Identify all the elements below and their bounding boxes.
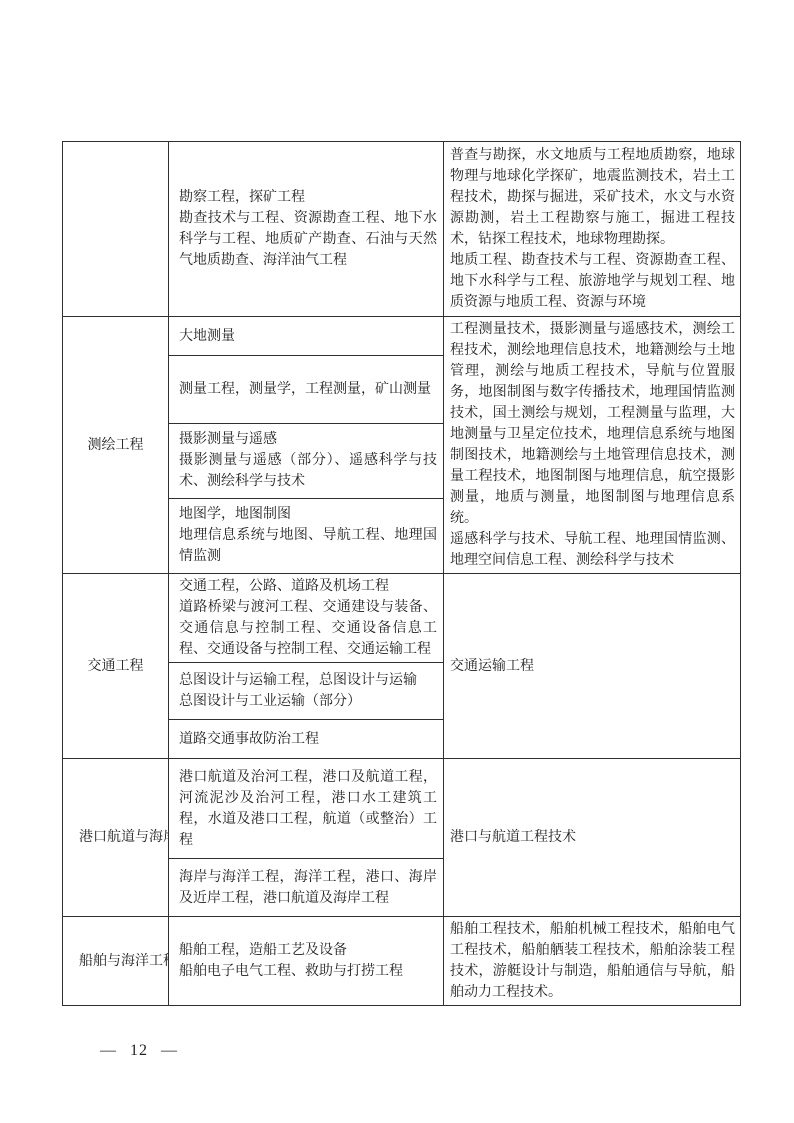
table-row-geology-continuation: 勘察工程，探矿工程 勘查技术与工程、资源勘查工程、地下水科学与工程、地质矿产勘查… — [63, 142, 741, 317]
specialty-text: 港口与航道工程技术 — [450, 827, 735, 848]
specialty-mapping-table: 勘察工程，探矿工程 勘查技术与工程、资源勘查工程、地下水科学与工程、地质矿产勘查… — [62, 141, 741, 1006]
specialty-text: 道路交通事故防治工程 — [179, 729, 437, 750]
specialty-text: 遥感科学与技术、导航工程、地理国情监测、地理空间信息工程、测绘科学与技术 — [450, 529, 735, 571]
table-row-transportation: 交通工程 交通工程，公路、道路及机场工程 道路桥梁与渡河工程、交通建设与装备、交… — [63, 574, 741, 663]
old-specialties-cell: 道路交通事故防治工程 — [169, 720, 444, 759]
category-label: 船舶与海洋工程 — [79, 951, 152, 972]
specialty-text: 港口航道及治河工程，港口及航道工程，河流泥沙及治河工程，港口水工建筑工程，水道及… — [179, 767, 437, 851]
related-specialties-cell: 普查与勘探，水文地质与工程地质勘察，地球物理与地球化学探矿，地震监测技术，岩土工… — [444, 142, 741, 317]
specialty-text: 勘查技术与工程、资源勘查工程、地下水科学与工程、地质矿产勘查、石油与天然气地质勘… — [179, 208, 437, 271]
category-label: 港口航道与海岸工程 — [79, 827, 152, 848]
category-cell-ship-ocean: 船舶与海洋工程 — [63, 917, 169, 1006]
old-specialties-cell: 勘察工程，探矿工程 勘查技术与工程、资源勘查工程、地下水科学与工程、地质矿产勘查… — [169, 142, 444, 317]
specialty-text: 总图设计与工业运输（部分） — [179, 691, 437, 712]
specialty-text: 地质工程、勘查技术与工程、资源勘查工程、地下水科学与工程、旅游地学与规划工程、地… — [450, 250, 735, 313]
category-label: 测绘工程 — [79, 435, 152, 456]
specialty-text: 大地测量 — [179, 326, 437, 347]
category-cell-port-waterway: 港口航道与海岸工程 — [63, 759, 169, 917]
specialty-text: 交通工程，公路、道路及机场工程 — [179, 576, 437, 597]
specialty-text: 普查与勘探，水文地质与工程地质勘察，地球物理与地球化学探矿，地震监测技术，岩土工… — [450, 145, 735, 250]
specialty-text: 摄影测量与遥感（部分）、遥感科学与技术、测绘科学与技术 — [179, 450, 437, 492]
specialty-text: 测量工程，测量学，工程测量，矿山测量 — [179, 379, 437, 400]
specialty-text: 地图学，地图制图 — [179, 504, 437, 525]
table-row-port-waterway: 港口航道与海岸工程 港口航道及治河工程，港口及航道工程，河流泥沙及治河工程，港口… — [63, 759, 741, 859]
specialty-text: 工程测量技术，摄影测量与遥感技术，测绘工程技术，测绘地理信息技术，地籍测绘与土地… — [450, 319, 735, 529]
page-number: — 12 — — [100, 1042, 178, 1060]
specialty-text: 船舶工程，造船工艺及设备 — [179, 940, 437, 961]
related-specialties-cell: 船舶工程技术，船舶机械工程技术，船舶电气工程技术，船舶舾装工程技术，船舶涂装工程… — [444, 917, 741, 1006]
specialty-text: 总图设计与运输工程，总图设计与运输 — [179, 670, 437, 691]
old-specialties-cell: 总图设计与运输工程，总图设计与运输 总图设计与工业运输（部分） — [169, 663, 444, 720]
specialty-text: 道路桥梁与渡河工程、交通建设与装备、交通信息与控制工程、交通设备信息工程、交通设… — [179, 597, 437, 660]
document-page: 勘察工程，探矿工程 勘查技术与工程、资源勘查工程、地下水科学与工程、地质矿产勘查… — [0, 0, 794, 1123]
old-specialties-cell: 港口航道及治河工程，港口及航道工程，河流泥沙及治河工程，港口水工建筑工程，水道及… — [169, 759, 444, 859]
specialty-text: 地理信息系统与地图、导航工程、地理国情监测 — [179, 525, 437, 567]
old-specialties-cell: 地图学，地图制图 地理信息系统与地图、导航工程、地理国情监测 — [169, 498, 444, 573]
specialty-text: 船舶工程技术，船舶机械工程技术，船舶电气工程技术，船舶舾装工程技术，船舶涂装工程… — [450, 919, 735, 1003]
specialty-text: 船舶电子电气工程、救助与打捞工程 — [179, 961, 437, 982]
old-specialties-cell: 交通工程，公路、道路及机场工程 道路桥梁与渡河工程、交通建设与装备、交通信息与控… — [169, 574, 444, 663]
table-row-ship-ocean: 船舶与海洋工程 船舶工程，造船工艺及设备 船舶电子电气工程、救助与打捞工程 船舶… — [63, 917, 741, 1006]
specialty-text: 海岸与海洋工程，海洋工程，港口、海岸及近岸工程，港口航道及海岸工程 — [179, 867, 437, 909]
specialty-text: 摄影测量与遥感 — [179, 429, 437, 450]
category-label: 交通工程 — [79, 656, 152, 677]
old-specialties-cell: 船舶工程，造船工艺及设备 船舶电子电气工程、救助与打捞工程 — [169, 917, 444, 1006]
specialty-text: 勘察工程，探矿工程 — [179, 187, 437, 208]
related-specialties-cell: 港口与航道工程技术 — [444, 759, 741, 917]
category-cell-empty — [63, 142, 169, 317]
related-specialties-cell: 交通运输工程 — [444, 574, 741, 759]
table-row-surveying-mapping: 测绘工程 大地测量 工程测量技术，摄影测量与遥感技术，测绘工程技术，测绘地理信息… — [63, 317, 741, 356]
specialty-text: 交通运输工程 — [450, 656, 735, 677]
category-cell-transportation: 交通工程 — [63, 574, 169, 759]
old-specialties-cell: 摄影测量与遥感 摄影测量与遥感（部分）、遥感科学与技术、测绘科学与技术 — [169, 424, 444, 498]
category-cell-surveying-mapping: 测绘工程 — [63, 317, 169, 574]
old-specialties-cell: 测量工程，测量学，工程测量，矿山测量 — [169, 356, 444, 424]
related-specialties-cell: 工程测量技术，摄影测量与遥感技术，测绘工程技术，测绘地理信息技术，地籍测绘与土地… — [444, 317, 741, 574]
old-specialties-cell: 海岸与海洋工程，海洋工程，港口、海岸及近岸工程，港口航道及海岸工程 — [169, 859, 444, 917]
old-specialties-cell: 大地测量 — [169, 317, 444, 356]
